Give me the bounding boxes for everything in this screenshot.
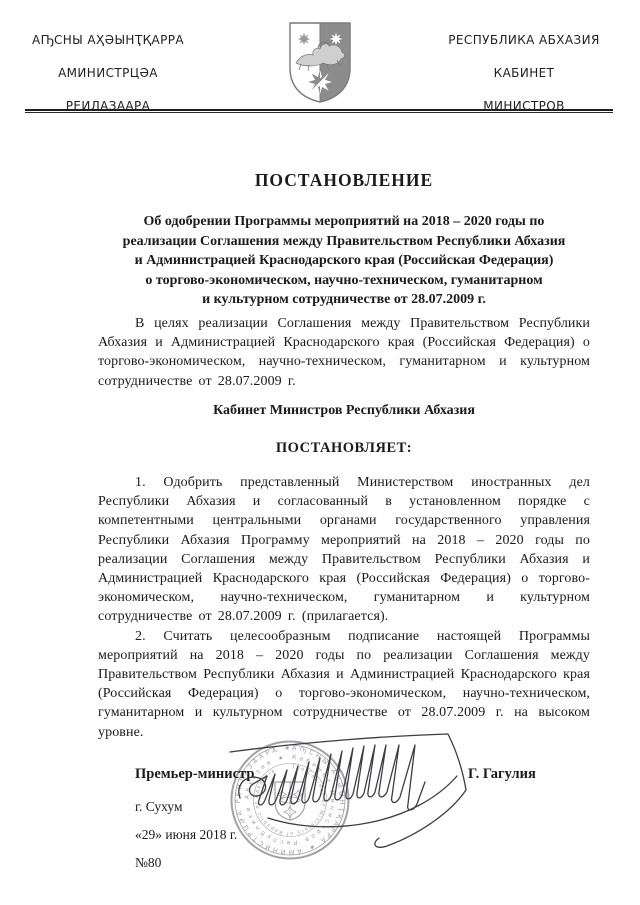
- signature-city: г. Сухум: [135, 799, 183, 815]
- document-page: АҦСНЫ АҲӘЫНҬҚАРРА АМИНИСТРЦӘА РЕИЛАЗААРА…: [0, 0, 640, 905]
- resolution-items: 1. Одобрить представленный Министерством…: [98, 473, 590, 742]
- resolution-item-1: 1. Одобрить представленный Министерством…: [98, 473, 590, 627]
- intro-paragraph: В целях реализации Соглашения между Прав…: [98, 314, 590, 391]
- resolves-line: ПОСТАНОВЛЯЕТ:: [98, 440, 590, 457]
- document-number: №80: [135, 855, 161, 871]
- abkhazia-coat-of-arms-icon: [287, 20, 353, 105]
- cabinet-of-ministers-line: Кабинет Министров Республики Абхазия: [98, 403, 590, 419]
- document-subtitle: Об одобрении Программы мероприятий на 20…: [98, 212, 590, 310]
- header-divider: [25, 109, 613, 113]
- resolution-item-2: 2. Считать целесообразным подписание нас…: [98, 627, 590, 742]
- document-title: ПОСТАНОВЛЕНИЕ: [98, 170, 590, 191]
- handwritten-signature: [215, 726, 480, 856]
